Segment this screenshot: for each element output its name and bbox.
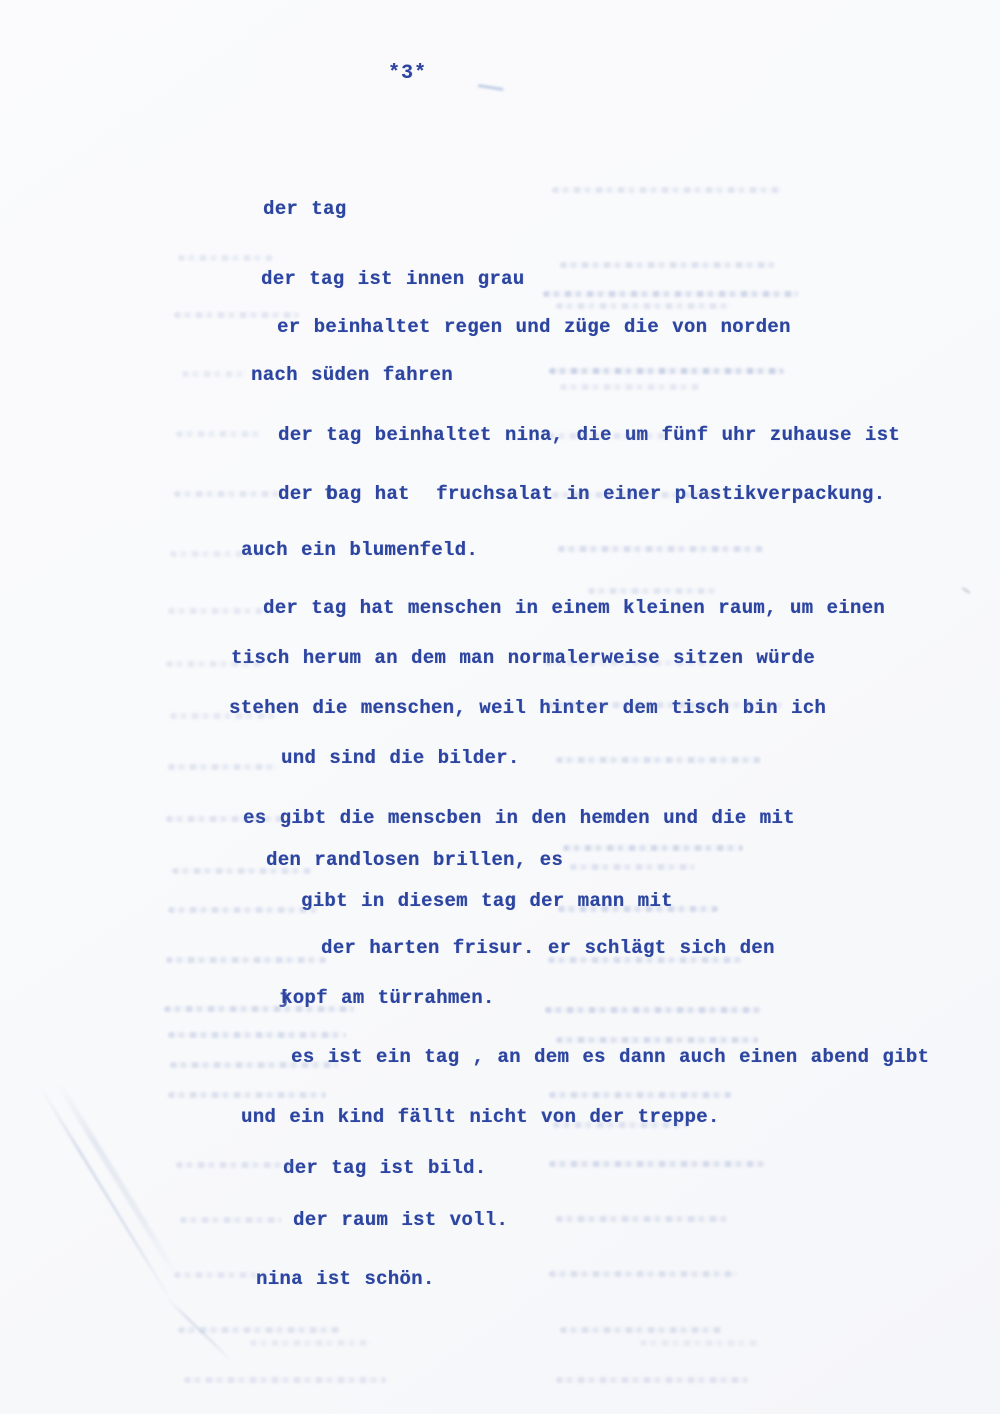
poem-line: er beinhaltet regen und züge die von nor… xyxy=(277,316,791,338)
bleed-through-text-mark xyxy=(560,262,775,268)
poem-line: tisch herum an dem man normalerweise sit… xyxy=(231,647,815,669)
bleed-through-text-mark xyxy=(549,1161,767,1167)
paper-crease xyxy=(40,1088,172,1302)
bleed-through-text-mark xyxy=(548,957,743,963)
bleed-through-text-mark xyxy=(560,1327,722,1333)
poem-line: der tag hat menschen in einem kleinen ra… xyxy=(263,597,885,619)
bleed-through-text-mark xyxy=(553,1122,688,1128)
poem-line: der tag ist innen grau xyxy=(261,268,524,290)
poem-line: der harten frisur. er schlägt sich den xyxy=(321,937,775,959)
poem-line: der tag xyxy=(263,198,346,220)
poem-line: der tag ist bild. xyxy=(283,1157,486,1179)
bleed-through-text-mark xyxy=(168,1032,346,1038)
bleed-through-text-mark xyxy=(174,312,299,318)
bleed-through-text-mark xyxy=(558,906,718,912)
bleed-through-text-mark xyxy=(563,845,743,851)
bleed-through-text-mark xyxy=(250,1340,370,1346)
bleed-through-text-mark xyxy=(168,1092,326,1098)
bleed-through-text-mark xyxy=(182,371,247,377)
bleed-through-text-mark xyxy=(556,757,761,763)
bleed-through-text-mark xyxy=(549,1092,731,1098)
bleed-through-text-mark xyxy=(170,551,260,557)
bleed-through-text-mark xyxy=(570,864,695,870)
poem-line: es ist ein tag , an dem es dann auch ein… xyxy=(291,1046,929,1068)
paper-crease xyxy=(55,1080,180,1279)
bleed-through-text-mark xyxy=(558,546,763,552)
bleed-through-text-mark xyxy=(166,957,326,963)
bleed-through-text-mark xyxy=(556,1037,758,1043)
bleed-through-text-mark xyxy=(556,1216,728,1222)
bleed-through-text-mark xyxy=(166,816,286,822)
bleed-through-text-mark xyxy=(556,303,731,309)
scanned-page: *3* der tagder tag ist innen grauer bein… xyxy=(0,0,1000,1414)
bleed-through-text-mark xyxy=(556,1377,748,1383)
page-number: *3* xyxy=(388,62,427,85)
ink-smudge xyxy=(478,84,504,91)
bleed-through-text-mark xyxy=(164,1006,354,1012)
bleed-through-text-mark xyxy=(180,1217,282,1223)
bleed-through-text-mark xyxy=(178,255,273,261)
bleed-through-text-mark xyxy=(166,661,266,667)
poem-line: nina ist schön. xyxy=(256,1268,435,1290)
bleed-through-text-mark xyxy=(168,764,278,770)
bleed-through-text-mark xyxy=(176,431,261,437)
bleed-through-text-mark xyxy=(552,187,782,193)
bleed-through-text-mark xyxy=(588,588,718,594)
bleed-through-text-mark xyxy=(545,1007,763,1013)
bleed-through-text-mark xyxy=(547,702,782,708)
poem-line: der raum ist voll. xyxy=(293,1209,508,1231)
bleed-through-text-mark xyxy=(560,384,700,390)
pencil-mark xyxy=(962,587,971,594)
bleed-through-text-mark xyxy=(168,608,263,614)
poem-line: auch ein blumenfeld. xyxy=(241,539,478,561)
bleed-through-text-mark xyxy=(174,1272,266,1278)
bleed-through-text-mark xyxy=(168,907,318,913)
bleed-through-text-mark xyxy=(543,291,798,297)
poem-line: nach süden fahren xyxy=(251,364,453,386)
overstruck-character: bt xyxy=(326,483,338,505)
bleed-through-text-mark xyxy=(640,1340,760,1346)
poem-line: es gibt die menscben in den hemden und d… xyxy=(243,807,795,829)
bleed-through-text-mark xyxy=(170,713,275,719)
bleed-through-text-mark xyxy=(549,1271,737,1277)
bleed-through-text-mark xyxy=(174,491,279,497)
bleed-through-text-mark xyxy=(176,1162,298,1168)
bleed-through-text-mark xyxy=(552,492,717,498)
poem-line: und sind die bilder. xyxy=(281,747,520,769)
bleed-through-text-mark xyxy=(545,660,715,666)
poem-line: stehen die menschen, weil hinter dem tis… xyxy=(229,697,826,719)
bleed-through-text-mark xyxy=(184,1377,386,1383)
bleed-through-text-mark xyxy=(172,868,312,874)
bleed-through-text-mark xyxy=(549,368,784,374)
bleed-through-text-mark xyxy=(548,433,668,439)
bleed-through-text-mark xyxy=(170,1062,338,1068)
